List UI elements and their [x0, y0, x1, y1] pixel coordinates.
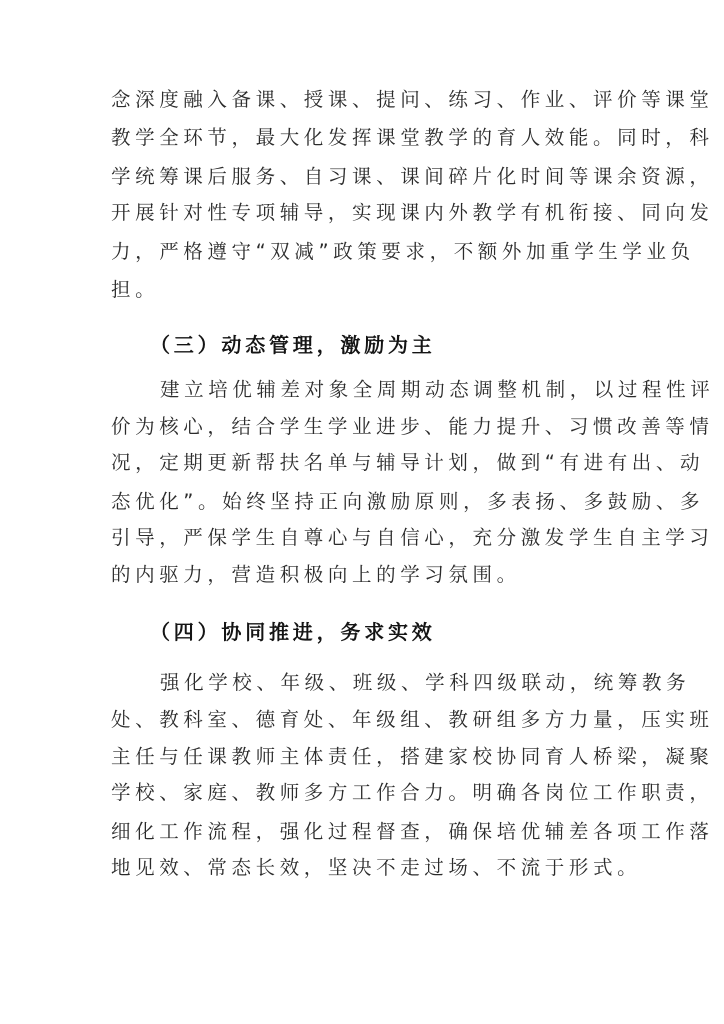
- paragraph-line: 引导，严保学生自尊心与自信心，充分激发学生自主学习: [111, 523, 611, 553]
- paragraph-line: 学校、家庭、教师多方工作合力。明确各岗位工作职责，: [111, 778, 611, 808]
- paragraph-line: 力，严格遵守“双减”政策要求，不额外加重学生学业负: [111, 237, 611, 267]
- paragraph-line: 念深度融入备课、授课、提问、练习、作业、评价等课堂: [111, 85, 611, 115]
- paragraph-line: 况，定期更新帮扶名单与辅导计划，做到“有进有出、动: [111, 448, 611, 478]
- paragraph-line: 处、教科室、德育处、年级组、教研组多方力量，压实班: [111, 705, 611, 735]
- document-page: 念深度融入备课、授课、提问、练习、作业、评价等课堂 教学全环节，最大化发挥课堂教…: [0, 0, 724, 1024]
- paragraph-line: 担。: [111, 275, 611, 305]
- paragraph-line: 强化学校、年级、班级、学科四级联动，统筹教务: [160, 668, 660, 698]
- paragraph-line: 主任与任课教师主体责任，搭建家校协同育人桥梁，凝聚: [111, 742, 611, 772]
- section-heading-4: （四）协同推进，务求实效: [150, 617, 436, 647]
- paragraph-line: 开展针对性专项辅导，实现课内外教学有机衔接、同向发: [111, 198, 611, 228]
- paragraph-line: 态优化”。始终坚持正向激励原则，多表扬、多鼓励、多: [111, 487, 611, 517]
- paragraph-line: 建立培优辅差对象全周期动态调整机制，以过程性评: [160, 375, 660, 405]
- paragraph-line: 地见效、常态长效，坚决不走过场、不流于形式。: [111, 853, 611, 883]
- paragraph-line: 的内驱力，营造积极向上的学习氛围。: [111, 560, 611, 590]
- section-heading-3: （三）动态管理，激励为主: [150, 330, 436, 360]
- paragraph-line: 教学全环节，最大化发挥课堂教学的育人效能。同时，科: [111, 123, 611, 153]
- paragraph-line: 价为核心，结合学生学业进步、能力提升、习惯改善等情: [111, 412, 611, 442]
- paragraph-line: 细化工作流程，强化过程督查，确保培优辅差各项工作落: [111, 817, 611, 847]
- paragraph-line: 学统筹课后服务、自习课、课间碎片化时间等课余资源，: [111, 162, 611, 192]
